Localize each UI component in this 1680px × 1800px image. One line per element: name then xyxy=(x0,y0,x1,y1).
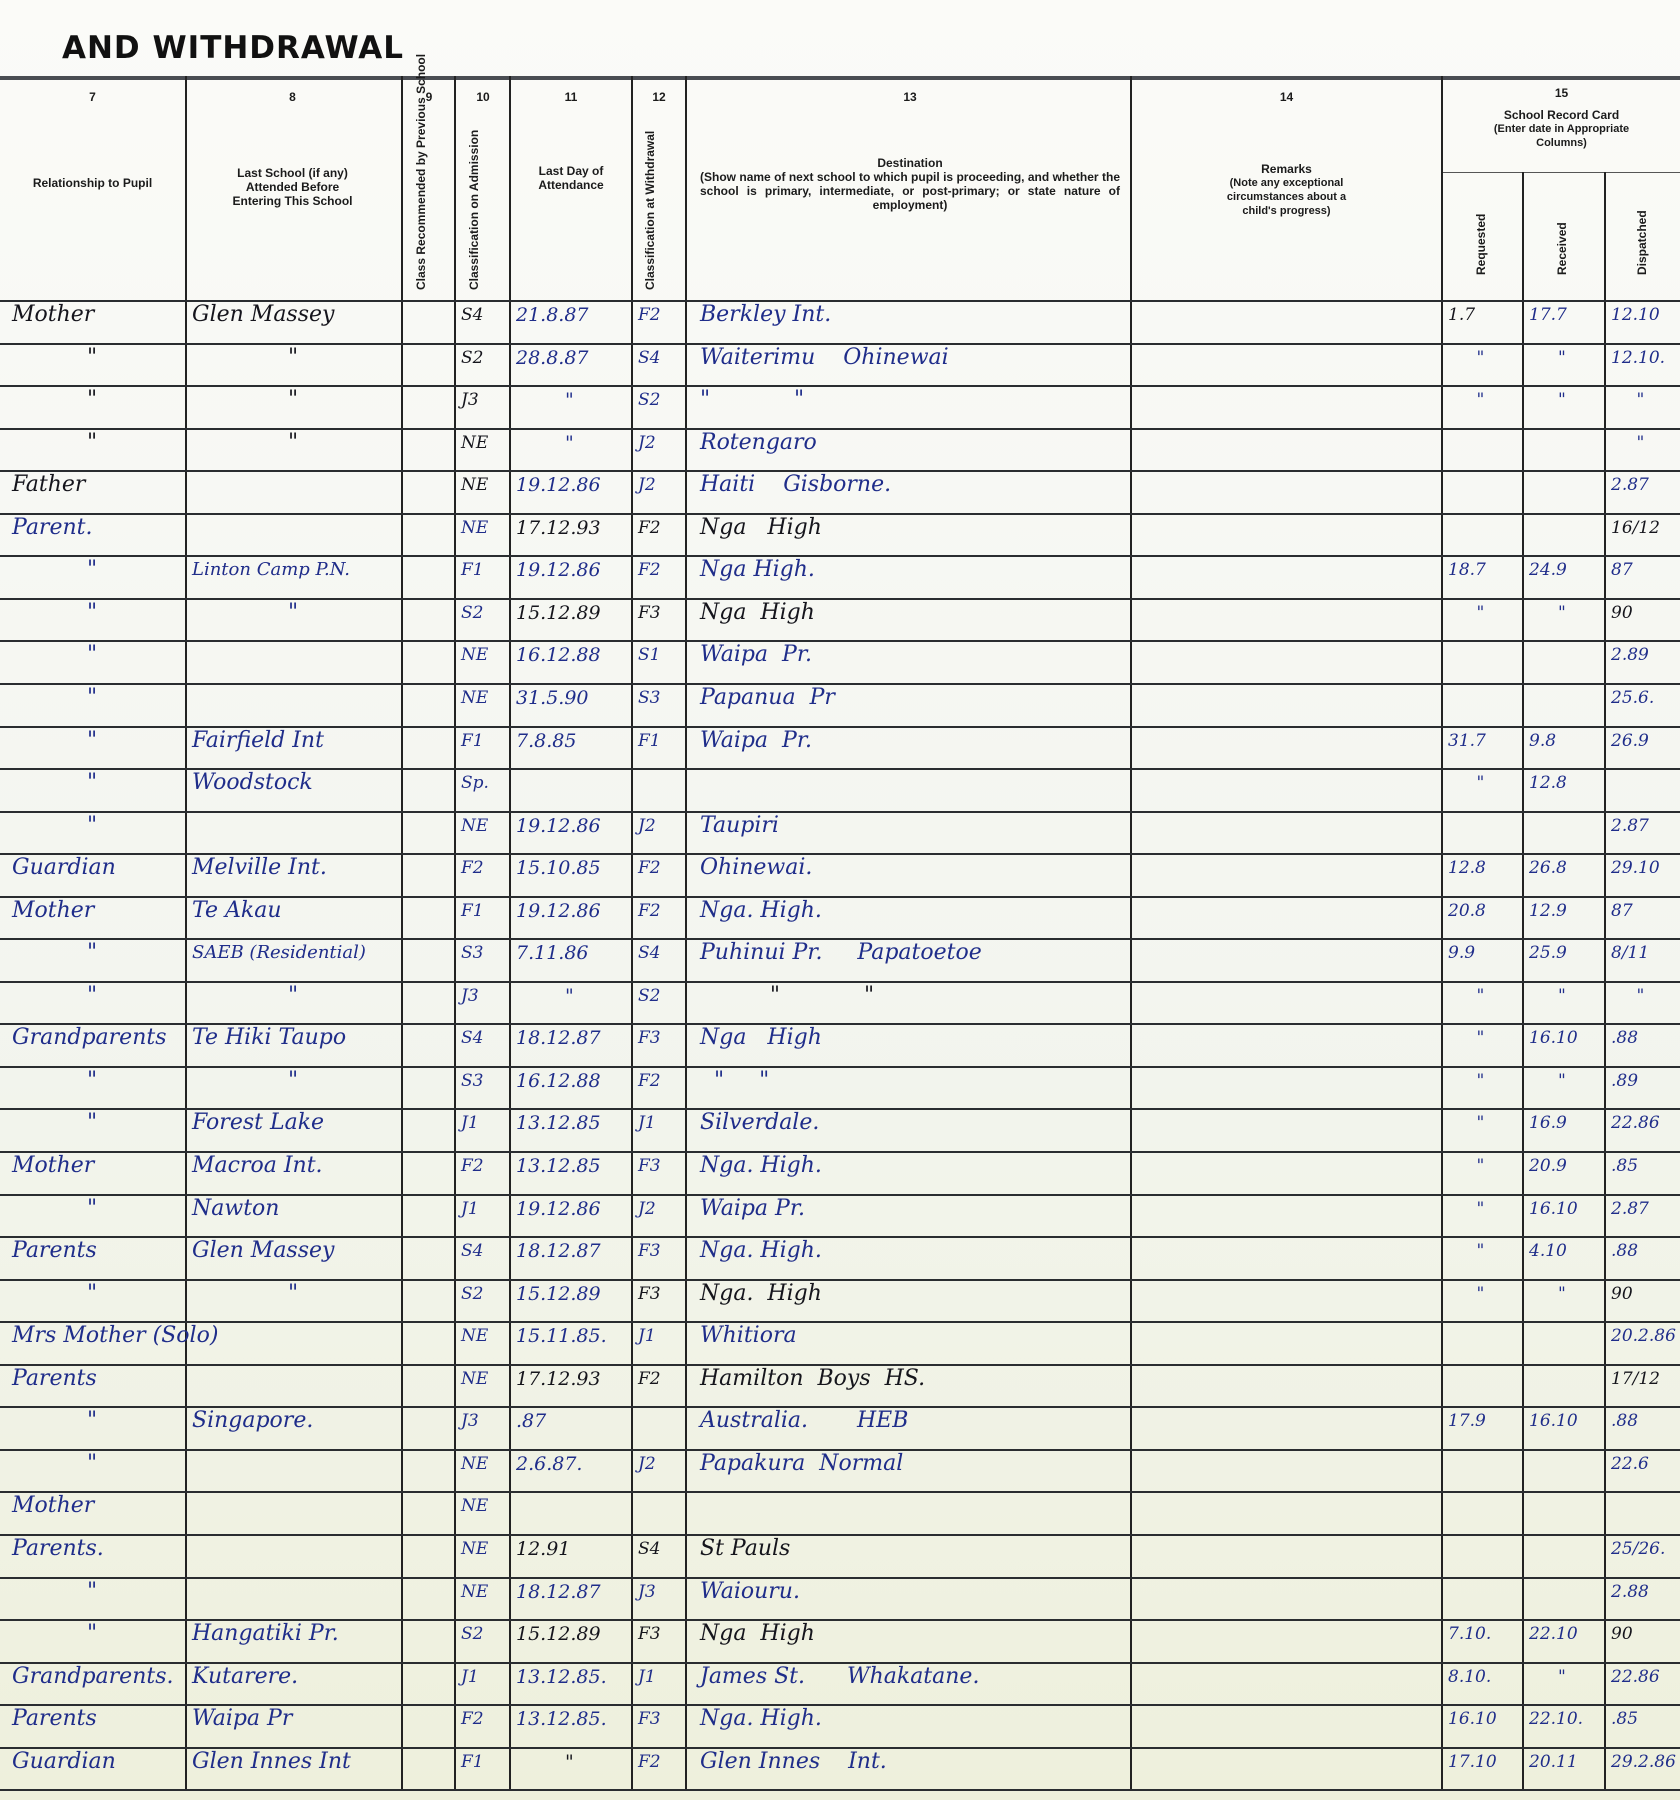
column-rule xyxy=(509,76,511,1789)
cell-last-day: 13.12.85 xyxy=(516,1141,601,1183)
cell-record-dispatched: 22.86 xyxy=(1611,1652,1660,1694)
cell-destination: Nga High xyxy=(700,1609,815,1651)
cell-record-dispatched: 22.6 xyxy=(1611,1439,1649,1481)
cell-class-at-withdrawal: F3 xyxy=(638,1609,661,1651)
cell-record-dispatched: " xyxy=(1637,418,1645,460)
cell-last-school: Macroa Int. xyxy=(192,1141,323,1183)
cell-class-at-withdrawal: J3 xyxy=(638,1567,656,1609)
cell-destination: Taupiri xyxy=(700,801,779,843)
cell-class-at-withdrawal: F3 xyxy=(638,1013,661,1055)
cell-record-received: 16.10 xyxy=(1529,1184,1578,1226)
cell-record-requested: 31.7 xyxy=(1448,716,1486,758)
cell-last-day: 18.12.87 xyxy=(516,1567,601,1609)
cell-class-at-withdrawal: S3 xyxy=(638,673,660,715)
cell-record-received: 16.9 xyxy=(1529,1098,1567,1140)
cell-relationship: " xyxy=(87,375,97,417)
col-9-header: 9 xyxy=(403,90,455,104)
cell-relationship: " xyxy=(87,1609,97,1651)
cell-relationship: " xyxy=(87,801,97,843)
cell-last-day: 15.11.85. xyxy=(516,1311,607,1353)
row-rule xyxy=(0,640,1680,642)
row-rule xyxy=(0,428,1680,430)
cell-destination: Nga High. xyxy=(700,545,815,587)
cell-relationship: Mother xyxy=(12,1141,94,1183)
col-10-header: 10 xyxy=(457,90,509,104)
cell-record-requested: 12.8 xyxy=(1448,843,1486,885)
cell-class-on-admission: F2 xyxy=(461,1694,484,1736)
cell-last-school: " xyxy=(288,588,298,630)
cell-class-at-withdrawal: F3 xyxy=(638,1694,661,1736)
cell-destination: " " xyxy=(700,971,874,1013)
cell-relationship: " xyxy=(87,1098,97,1140)
cell-class-at-withdrawal: J2 xyxy=(638,418,656,460)
col-8-header: 8 Last School (if any) Attended Before E… xyxy=(200,90,385,208)
row-rule xyxy=(0,385,1680,387)
cell-record-dispatched: 90 xyxy=(1611,1609,1633,1651)
cell-destination: Waipa Pr. xyxy=(700,716,812,758)
cell-class-on-admission: J3 xyxy=(461,1396,479,1438)
cell-class-on-admission: S2 xyxy=(461,1269,483,1311)
cell-destination: James St. Whakatane. xyxy=(700,1652,979,1694)
cell-record-dispatched: 90 xyxy=(1611,1269,1633,1311)
cell-record-dispatched: 87 xyxy=(1611,545,1633,587)
cell-relationship: " xyxy=(87,630,97,672)
cell-class-on-admission: J1 xyxy=(461,1098,479,1140)
cell-record-received: 20.9 xyxy=(1529,1141,1567,1183)
cell-record-received: 26.8 xyxy=(1529,843,1567,885)
cell-record-dispatched: 26.9 xyxy=(1611,716,1649,758)
cell-last-day: 7.11.86 xyxy=(516,928,589,970)
column-rule xyxy=(631,76,633,1789)
cell-record-requested: " xyxy=(1477,758,1485,800)
cell-destination: Waiouru. xyxy=(700,1567,800,1609)
cell-relationship: Guardian xyxy=(12,843,116,885)
cell-relationship: " xyxy=(87,588,97,630)
cell-destination: Nga. High xyxy=(700,1269,822,1311)
cell-class-on-admission: NE xyxy=(461,1524,488,1566)
row-rule xyxy=(0,513,1680,515)
row-rule xyxy=(0,1066,1680,1068)
cell-class-at-withdrawal: F3 xyxy=(638,1269,661,1311)
cell-record-received: " xyxy=(1558,333,1566,375)
cell-record-dispatched: 2.87 xyxy=(1611,460,1649,502)
cell-class-on-admission: F2 xyxy=(461,1141,484,1183)
cell-last-school: Glen Massey xyxy=(192,290,334,332)
cell-last-day: 13.12.85. xyxy=(516,1694,607,1736)
cell-record-requested: 20.8 xyxy=(1448,886,1486,928)
cell-relationship: " xyxy=(87,1567,97,1609)
row-rule xyxy=(0,683,1680,685)
cell-destination: Silverdale. xyxy=(700,1098,819,1140)
cell-record-requested: " xyxy=(1477,1184,1485,1226)
cell-last-day: 17.12.93 xyxy=(516,1354,601,1396)
cell-record-requested: " xyxy=(1477,971,1485,1013)
cell-class-on-admission: NE xyxy=(461,1567,488,1609)
cell-last-day: 19.12.86 xyxy=(516,1184,601,1226)
cell-relationship: Parents xyxy=(12,1226,97,1268)
cell-destination: Glen Innes Int. xyxy=(700,1737,887,1779)
cell-record-requested: " xyxy=(1477,1098,1485,1140)
cell-destination: " " xyxy=(700,1056,769,1098)
cell-record-requested: 16.10 xyxy=(1448,1694,1497,1736)
cell-class-at-withdrawal: F3 xyxy=(638,1141,661,1183)
cell-record-requested: " xyxy=(1477,333,1485,375)
cell-record-dispatched: 12.10 xyxy=(1611,290,1660,332)
cell-destination: Puhinui Pr. Papatoetoe xyxy=(700,928,982,970)
cell-record-requested: " xyxy=(1477,588,1485,630)
cell-record-received: " xyxy=(1558,1269,1566,1311)
cell-last-school: Singapore. xyxy=(192,1396,313,1438)
cell-relationship: " xyxy=(87,928,97,970)
cell-record-dispatched: 2.87 xyxy=(1611,801,1649,843)
cell-relationship: " xyxy=(87,545,97,587)
header-top-rule xyxy=(0,76,1680,80)
cell-class-at-withdrawal: F2 xyxy=(638,843,661,885)
cell-class-on-admission: NE xyxy=(461,1311,488,1353)
cell-destination: Nga. High. xyxy=(700,886,822,928)
cell-last-day: 19.12.86 xyxy=(516,460,601,502)
cell-destination: Nga. High. xyxy=(700,1226,822,1268)
cell-record-dispatched: .88 xyxy=(1611,1013,1638,1055)
cell-class-at-withdrawal: F2 xyxy=(638,503,661,545)
cell-destination: Waipa Pr. xyxy=(700,630,812,672)
column-rule xyxy=(1130,76,1132,1789)
cell-record-received: 22.10. xyxy=(1529,1694,1583,1736)
cell-class-at-withdrawal: F1 xyxy=(638,716,661,758)
cell-record-received: " xyxy=(1558,1652,1566,1694)
cell-last-school: Fairfield Int xyxy=(192,716,324,758)
cell-record-requested: 8.10. xyxy=(1448,1652,1491,1694)
cell-last-day: 2.6.87. xyxy=(516,1439,582,1481)
register-page: AND WITHDRAWAL 7 Relationship to Pupil 8… xyxy=(0,0,1680,1800)
cell-last-day: 19.12.86 xyxy=(516,886,601,928)
cell-last-day: 31.5.90 xyxy=(516,673,589,715)
cell-record-dispatched: 2.89 xyxy=(1611,630,1649,672)
cell-destination: Berkley Int. xyxy=(700,290,831,332)
cell-class-on-admission: S2 xyxy=(461,1609,483,1651)
cell-class-at-withdrawal: F3 xyxy=(638,1226,661,1268)
cell-destination: Nga. High. xyxy=(700,1141,822,1183)
cell-destination: Waiterimu Ohinewai xyxy=(700,333,949,375)
col-15-header: 15 School Record Card (Enter date in App… xyxy=(1443,86,1680,150)
cell-last-school: Forest Lake xyxy=(192,1098,324,1140)
cell-last-day: 21.8.87 xyxy=(516,290,589,332)
cell-relationship: " xyxy=(87,1184,97,1226)
cell-class-on-admission: F1 xyxy=(461,545,484,587)
cell-last-school: " xyxy=(288,418,298,460)
col-12-label: Classification at Withdrawal xyxy=(644,150,676,290)
cell-record-requested: 18.7 xyxy=(1448,545,1486,587)
cell-relationship: " xyxy=(87,1269,97,1311)
cell-last-school: Melville Int. xyxy=(192,843,327,885)
cell-last-day: " xyxy=(565,971,574,1013)
cell-destination: " " xyxy=(700,375,804,417)
cell-record-received: 4.10 xyxy=(1529,1226,1567,1268)
cell-relationship: " xyxy=(87,971,97,1013)
cell-class-on-admission: NE xyxy=(461,1354,488,1396)
cell-relationship: " xyxy=(87,333,97,375)
cell-last-day: 18.12.87 xyxy=(516,1226,601,1268)
cell-record-received: 9.8 xyxy=(1529,716,1556,758)
cell-destination: Papanua Pr xyxy=(700,673,835,715)
cell-class-at-withdrawal: J1 xyxy=(638,1098,656,1140)
cell-class-on-admission: S2 xyxy=(461,588,483,630)
cell-record-dispatched: 90 xyxy=(1611,588,1633,630)
cell-class-on-admission: S3 xyxy=(461,928,483,970)
cell-last-school: Glen Massey xyxy=(192,1226,334,1268)
cell-last-school: Waipa Pr xyxy=(192,1694,292,1736)
cell-class-on-admission: J1 xyxy=(461,1652,479,1694)
column-rule xyxy=(685,76,687,1789)
cell-class-at-withdrawal: S4 xyxy=(638,928,660,970)
cell-relationship: Grandparents xyxy=(12,1013,167,1055)
cell-record-dispatched: .88 xyxy=(1611,1396,1638,1438)
cell-class-on-admission: NE xyxy=(461,673,488,715)
cell-class-at-withdrawal: F2 xyxy=(638,290,661,332)
cell-last-day: 19.12.86 xyxy=(516,545,601,587)
row-rule xyxy=(0,1491,1680,1493)
cell-last-day: " xyxy=(565,375,574,417)
cell-class-on-admission: F2 xyxy=(461,843,484,885)
cell-last-day: 13.12.85. xyxy=(516,1652,607,1694)
cell-destination: Nga High xyxy=(700,588,815,630)
cell-class-on-admission: NE xyxy=(461,503,488,545)
col-13-header: 13 Destination (Show name of next school… xyxy=(690,90,1130,212)
cell-class-on-admission: J3 xyxy=(461,375,479,417)
cell-last-school: Nawton xyxy=(192,1184,279,1226)
cell-relationship: " xyxy=(87,1056,97,1098)
cell-last-school: " xyxy=(288,375,298,417)
cell-record-dispatched: 2.88 xyxy=(1611,1567,1649,1609)
cell-class-at-withdrawal: J2 xyxy=(638,1439,656,1481)
cell-record-received: 12.8 xyxy=(1529,758,1567,800)
cell-destination: Nga High xyxy=(700,503,822,545)
cell-destination: Ohinewai. xyxy=(700,843,812,885)
cell-record-dispatched: .89 xyxy=(1611,1056,1638,1098)
cell-last-day: 15.12.89 xyxy=(516,1609,601,1651)
cell-class-on-admission: S4 xyxy=(461,290,483,332)
cell-relationship: Grandparents. xyxy=(12,1652,174,1694)
cell-class-at-withdrawal: J2 xyxy=(638,460,656,502)
row-rule xyxy=(0,1279,1680,1281)
col-15-requested-label: Requested xyxy=(1475,195,1491,275)
cell-last-school: Woodstock xyxy=(192,758,313,800)
row-rule xyxy=(0,1321,1680,1323)
col-14-header: 14 Remarks (Note any exceptional circums… xyxy=(1133,90,1440,218)
cell-relationship: " xyxy=(87,758,97,800)
cell-class-at-withdrawal: F2 xyxy=(638,1354,661,1396)
col-12-header: 12 xyxy=(633,90,685,104)
col-10-label: Classification on Admission xyxy=(468,150,500,290)
cell-destination: Nga High xyxy=(700,1013,822,1055)
cell-record-requested: 17.9 xyxy=(1448,1396,1486,1438)
col-15-received-label: Received xyxy=(1556,205,1572,275)
cell-class-on-admission: NE xyxy=(461,460,488,502)
cell-destination: Whitiora xyxy=(700,1311,797,1353)
row-rule xyxy=(0,1577,1680,1579)
cell-record-requested: " xyxy=(1477,375,1485,417)
cell-destination: Papakura Normal xyxy=(700,1439,903,1481)
cell-record-requested: " xyxy=(1477,1013,1485,1055)
cell-record-dispatched: 29.10 xyxy=(1611,843,1660,885)
cell-last-school: Glen Innes Int xyxy=(192,1737,351,1779)
cell-record-received: " xyxy=(1558,375,1566,417)
cell-last-day: 17.12.93 xyxy=(516,503,601,545)
cell-class-on-admission: F1 xyxy=(461,716,484,758)
cell-class-at-withdrawal: J1 xyxy=(638,1311,656,1353)
cell-class-at-withdrawal: J2 xyxy=(638,1184,656,1226)
cell-class-at-withdrawal: F2 xyxy=(638,545,661,587)
cell-destination: Waipa Pr. xyxy=(700,1184,805,1226)
cell-destination: Australia. HEB xyxy=(700,1396,908,1438)
cell-class-at-withdrawal: S2 xyxy=(638,375,660,417)
cell-record-dispatched: .88 xyxy=(1611,1226,1638,1268)
cell-last-day: 28.8.87 xyxy=(516,333,589,375)
cell-record-dispatched: 20.2.86 xyxy=(1611,1311,1676,1353)
cell-class-on-admission: S3 xyxy=(461,1056,483,1098)
cell-last-day: 13.12.85 xyxy=(516,1098,601,1140)
cell-record-received: 12.9 xyxy=(1529,886,1567,928)
col-9-label: Class Recommended by Previous School xyxy=(415,125,447,290)
cell-last-school: Kutarere. xyxy=(192,1652,298,1694)
cell-relationship: " xyxy=(87,1396,97,1438)
cell-record-requested: 17.10 xyxy=(1448,1737,1497,1779)
col-15-dispatched-label: Dispatched xyxy=(1636,195,1652,275)
cell-last-day: 7.8.85 xyxy=(516,716,576,758)
cell-relationship: Parent. xyxy=(12,503,92,545)
cell-record-dispatched: 17/12 xyxy=(1611,1354,1660,1396)
cell-class-at-withdrawal: S1 xyxy=(638,630,660,672)
cell-relationship: Guardian xyxy=(12,1737,116,1779)
cell-class-on-admission: NE xyxy=(461,630,488,672)
cell-record-dispatched: 25/26. xyxy=(1611,1524,1665,1566)
cell-class-on-admission: S4 xyxy=(461,1013,483,1055)
column-rule xyxy=(1441,76,1443,1789)
cell-record-dispatched: 8/11 xyxy=(1611,928,1649,970)
cell-record-requested: " xyxy=(1477,1056,1485,1098)
cell-class-on-admission: J3 xyxy=(461,971,479,1013)
cell-last-school: " xyxy=(288,1056,298,1098)
cell-class-at-withdrawal: J1 xyxy=(638,1652,656,1694)
cell-record-dispatched: 16/12 xyxy=(1611,503,1660,545)
cell-last-school: Te Akau xyxy=(192,886,281,928)
cell-relationship: Parents. xyxy=(12,1524,104,1566)
cell-class-at-withdrawal: F2 xyxy=(638,886,661,928)
cell-class-at-withdrawal: J2 xyxy=(638,801,656,843)
cell-record-dispatched: .85 xyxy=(1611,1694,1638,1736)
cell-last-day: 15.10.85 xyxy=(516,843,601,885)
cell-relationship: " xyxy=(87,673,97,715)
cell-class-at-withdrawal: S2 xyxy=(638,971,660,1013)
cell-record-dispatched: " xyxy=(1637,375,1645,417)
cell-class-at-withdrawal: S4 xyxy=(638,333,660,375)
cell-record-received: 25.9 xyxy=(1529,928,1567,970)
cell-class-on-admission: NE xyxy=(461,1439,488,1481)
cell-last-school: Hangatiki Pr. xyxy=(192,1609,339,1651)
cell-relationship: Mrs Mother (Solo) xyxy=(12,1311,218,1353)
cell-class-at-withdrawal: F2 xyxy=(638,1737,661,1779)
cell-relationship: Mother xyxy=(12,290,94,332)
cell-class-on-admission: NE xyxy=(461,801,488,843)
col-7-header: 7 Relationship to Pupil xyxy=(0,90,185,190)
column-rule xyxy=(454,76,456,1789)
cell-destination: Nga. High. xyxy=(700,1694,822,1736)
cell-class-on-admission: S2 xyxy=(461,333,483,375)
cell-class-on-admission: S4 xyxy=(461,1226,483,1268)
cell-record-dispatched: .85 xyxy=(1611,1141,1638,1183)
cell-record-received: 16.10 xyxy=(1529,1396,1578,1438)
cell-record-dispatched: 87 xyxy=(1611,886,1633,928)
cell-destination: Rotengaro xyxy=(700,418,817,460)
cell-destination: Hamilton Boys HS. xyxy=(700,1354,925,1396)
cell-last-school: " xyxy=(288,1269,298,1311)
cell-last-day: 19.12.86 xyxy=(516,801,601,843)
cell-record-received: " xyxy=(1558,588,1566,630)
cell-class-at-withdrawal: F3 xyxy=(638,588,661,630)
cell-last-school: Te Hiki Taupo xyxy=(192,1013,346,1055)
cell-last-day: 16.12.88 xyxy=(516,630,601,672)
cell-record-dispatched: 29.2.86 xyxy=(1611,1737,1676,1779)
page-title: AND WITHDRAWAL xyxy=(62,30,404,66)
cell-relationship: Parents xyxy=(12,1354,97,1396)
row-rule xyxy=(0,1534,1680,1536)
column-rule xyxy=(185,76,187,1789)
cell-last-school: Linton Camp P.N. xyxy=(192,545,350,587)
cell-relationship: " xyxy=(87,418,97,460)
cell-last-day: " xyxy=(565,1737,574,1779)
cell-record-requested: 9.9 xyxy=(1448,928,1475,970)
cell-destination: Haiti Gisborne. xyxy=(700,460,891,502)
cell-last-school: " xyxy=(288,971,298,1013)
cell-class-on-admission: NE xyxy=(461,1481,488,1523)
cell-last-school: " xyxy=(288,333,298,375)
cell-record-received: " xyxy=(1558,1056,1566,1098)
cell-record-received: 20.11 xyxy=(1529,1737,1578,1779)
cell-last-day: 16.12.88 xyxy=(516,1056,601,1098)
cell-record-dispatched: " xyxy=(1637,971,1645,1013)
cell-record-dispatched: 25.6. xyxy=(1611,673,1654,715)
cell-class-at-withdrawal: S4 xyxy=(638,1524,660,1566)
cell-record-dispatched: 22.86 xyxy=(1611,1098,1660,1140)
col-15-subheader-rule xyxy=(1443,172,1680,173)
cell-relationship: Mother xyxy=(12,886,94,928)
cell-class-on-admission: F1 xyxy=(461,1737,484,1779)
cell-record-requested: " xyxy=(1477,1141,1485,1183)
cell-relationship: Mother xyxy=(12,1481,94,1523)
cell-destination: St Pauls xyxy=(700,1524,790,1566)
cell-record-received: 22.10 xyxy=(1529,1609,1578,1651)
cell-record-received: " xyxy=(1558,971,1566,1013)
cell-last-day: 12.91 xyxy=(516,1524,570,1566)
col-11-header: 11 Last Day of Attendance xyxy=(511,90,631,192)
column-rule xyxy=(401,76,403,1789)
row-rule xyxy=(0,1789,1680,1791)
cell-class-at-withdrawal: F2 xyxy=(638,1056,661,1098)
cell-record-dispatched: 12.10. xyxy=(1611,333,1665,375)
cell-record-received: 24.9 xyxy=(1529,545,1567,587)
cell-record-requested: 7.10. xyxy=(1448,1609,1491,1651)
cell-last-day: 18.12.87 xyxy=(516,1013,601,1055)
cell-record-received: 17.7 xyxy=(1529,290,1567,332)
cell-class-on-admission: J1 xyxy=(461,1184,479,1226)
cell-relationship: " xyxy=(87,716,97,758)
cell-record-received: 16.10 xyxy=(1529,1013,1578,1055)
cell-last-day: 15.12.89 xyxy=(516,1269,601,1311)
cell-last-day: " xyxy=(565,418,574,460)
cell-record-requested: 1.7 xyxy=(1448,290,1475,332)
row-rule xyxy=(0,598,1680,600)
cell-relationship: Father xyxy=(12,460,85,502)
